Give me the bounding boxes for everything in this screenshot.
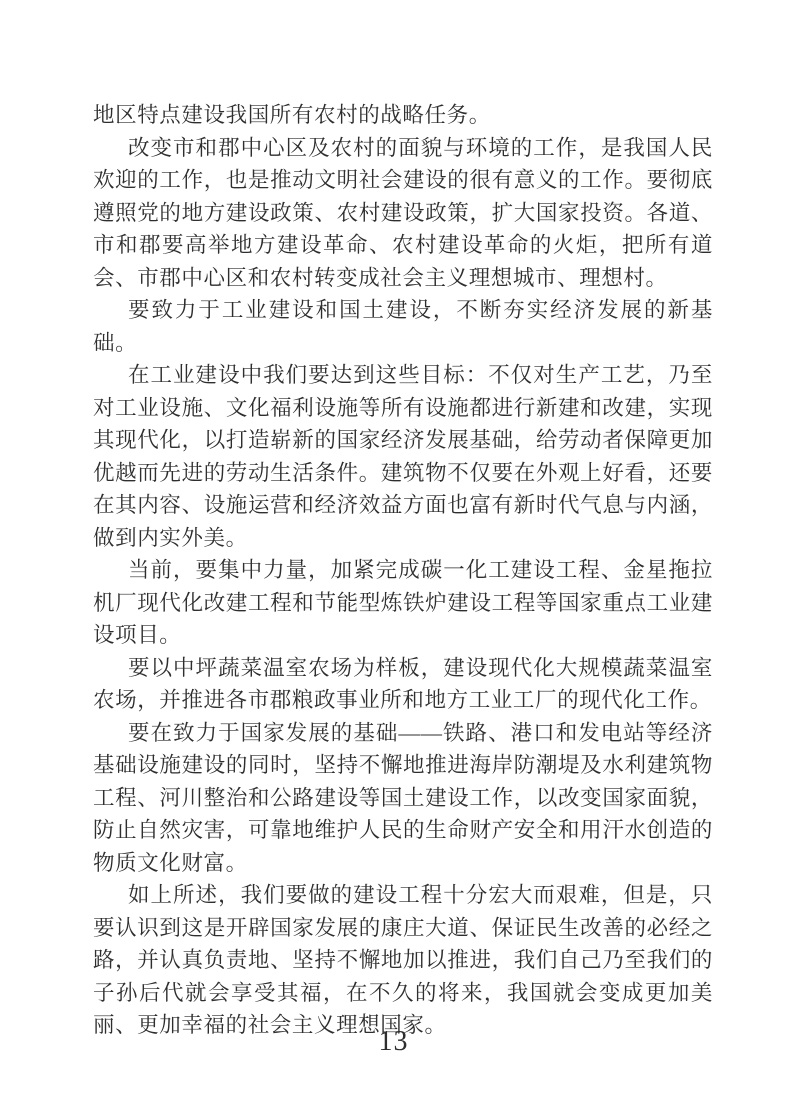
paragraph: 在工业建设中我们要达到这些目标：不仅对生产工艺，乃至对工业设施、文化福利设施等所… — [93, 359, 713, 554]
paragraph: 改变市和郡中心区及农村的面貌与环境的工作，是我国人民欢迎的工作，也是推动文明社会… — [93, 132, 713, 295]
paragraph: 要以中坪蔬菜温室农场为样板，建设现代化大规模蔬菜温室农场，并推进各市郡粮政事业所… — [93, 652, 713, 717]
paragraph: 要在致力于国家发展的基础——铁路、港口和发电站等经济基础设施建设的同时，坚持不懈… — [93, 717, 713, 880]
paragraph: 当前，要集中力量，加紧完成碳一化工建设工程、金星拖拉机厂现代化改建工程和节能型炼… — [93, 554, 713, 652]
document-page: 地区特点建设我国所有农村的战略任务。 改变市和郡中心区及农村的面貌与环境的工作，… — [0, 0, 787, 1116]
paragraph: 地区特点建设我国所有农村的战略任务。 — [93, 99, 713, 132]
paragraph: 如上所述，我们要做的建设工程十分宏大而艰难，但是，只要认识到这是开辟国家发展的康… — [93, 879, 713, 1042]
document-body: 地区特点建设我国所有农村的战略任务。 改变市和郡中心区及农村的面貌与环境的工作，… — [93, 99, 713, 1042]
page-footer: 13 — [0, 1026, 787, 1058]
page-number: 13 — [379, 1026, 409, 1057]
paragraph: 要致力于工业建设和国土建设，不断夯实经济发展的新基础。 — [93, 294, 713, 359]
